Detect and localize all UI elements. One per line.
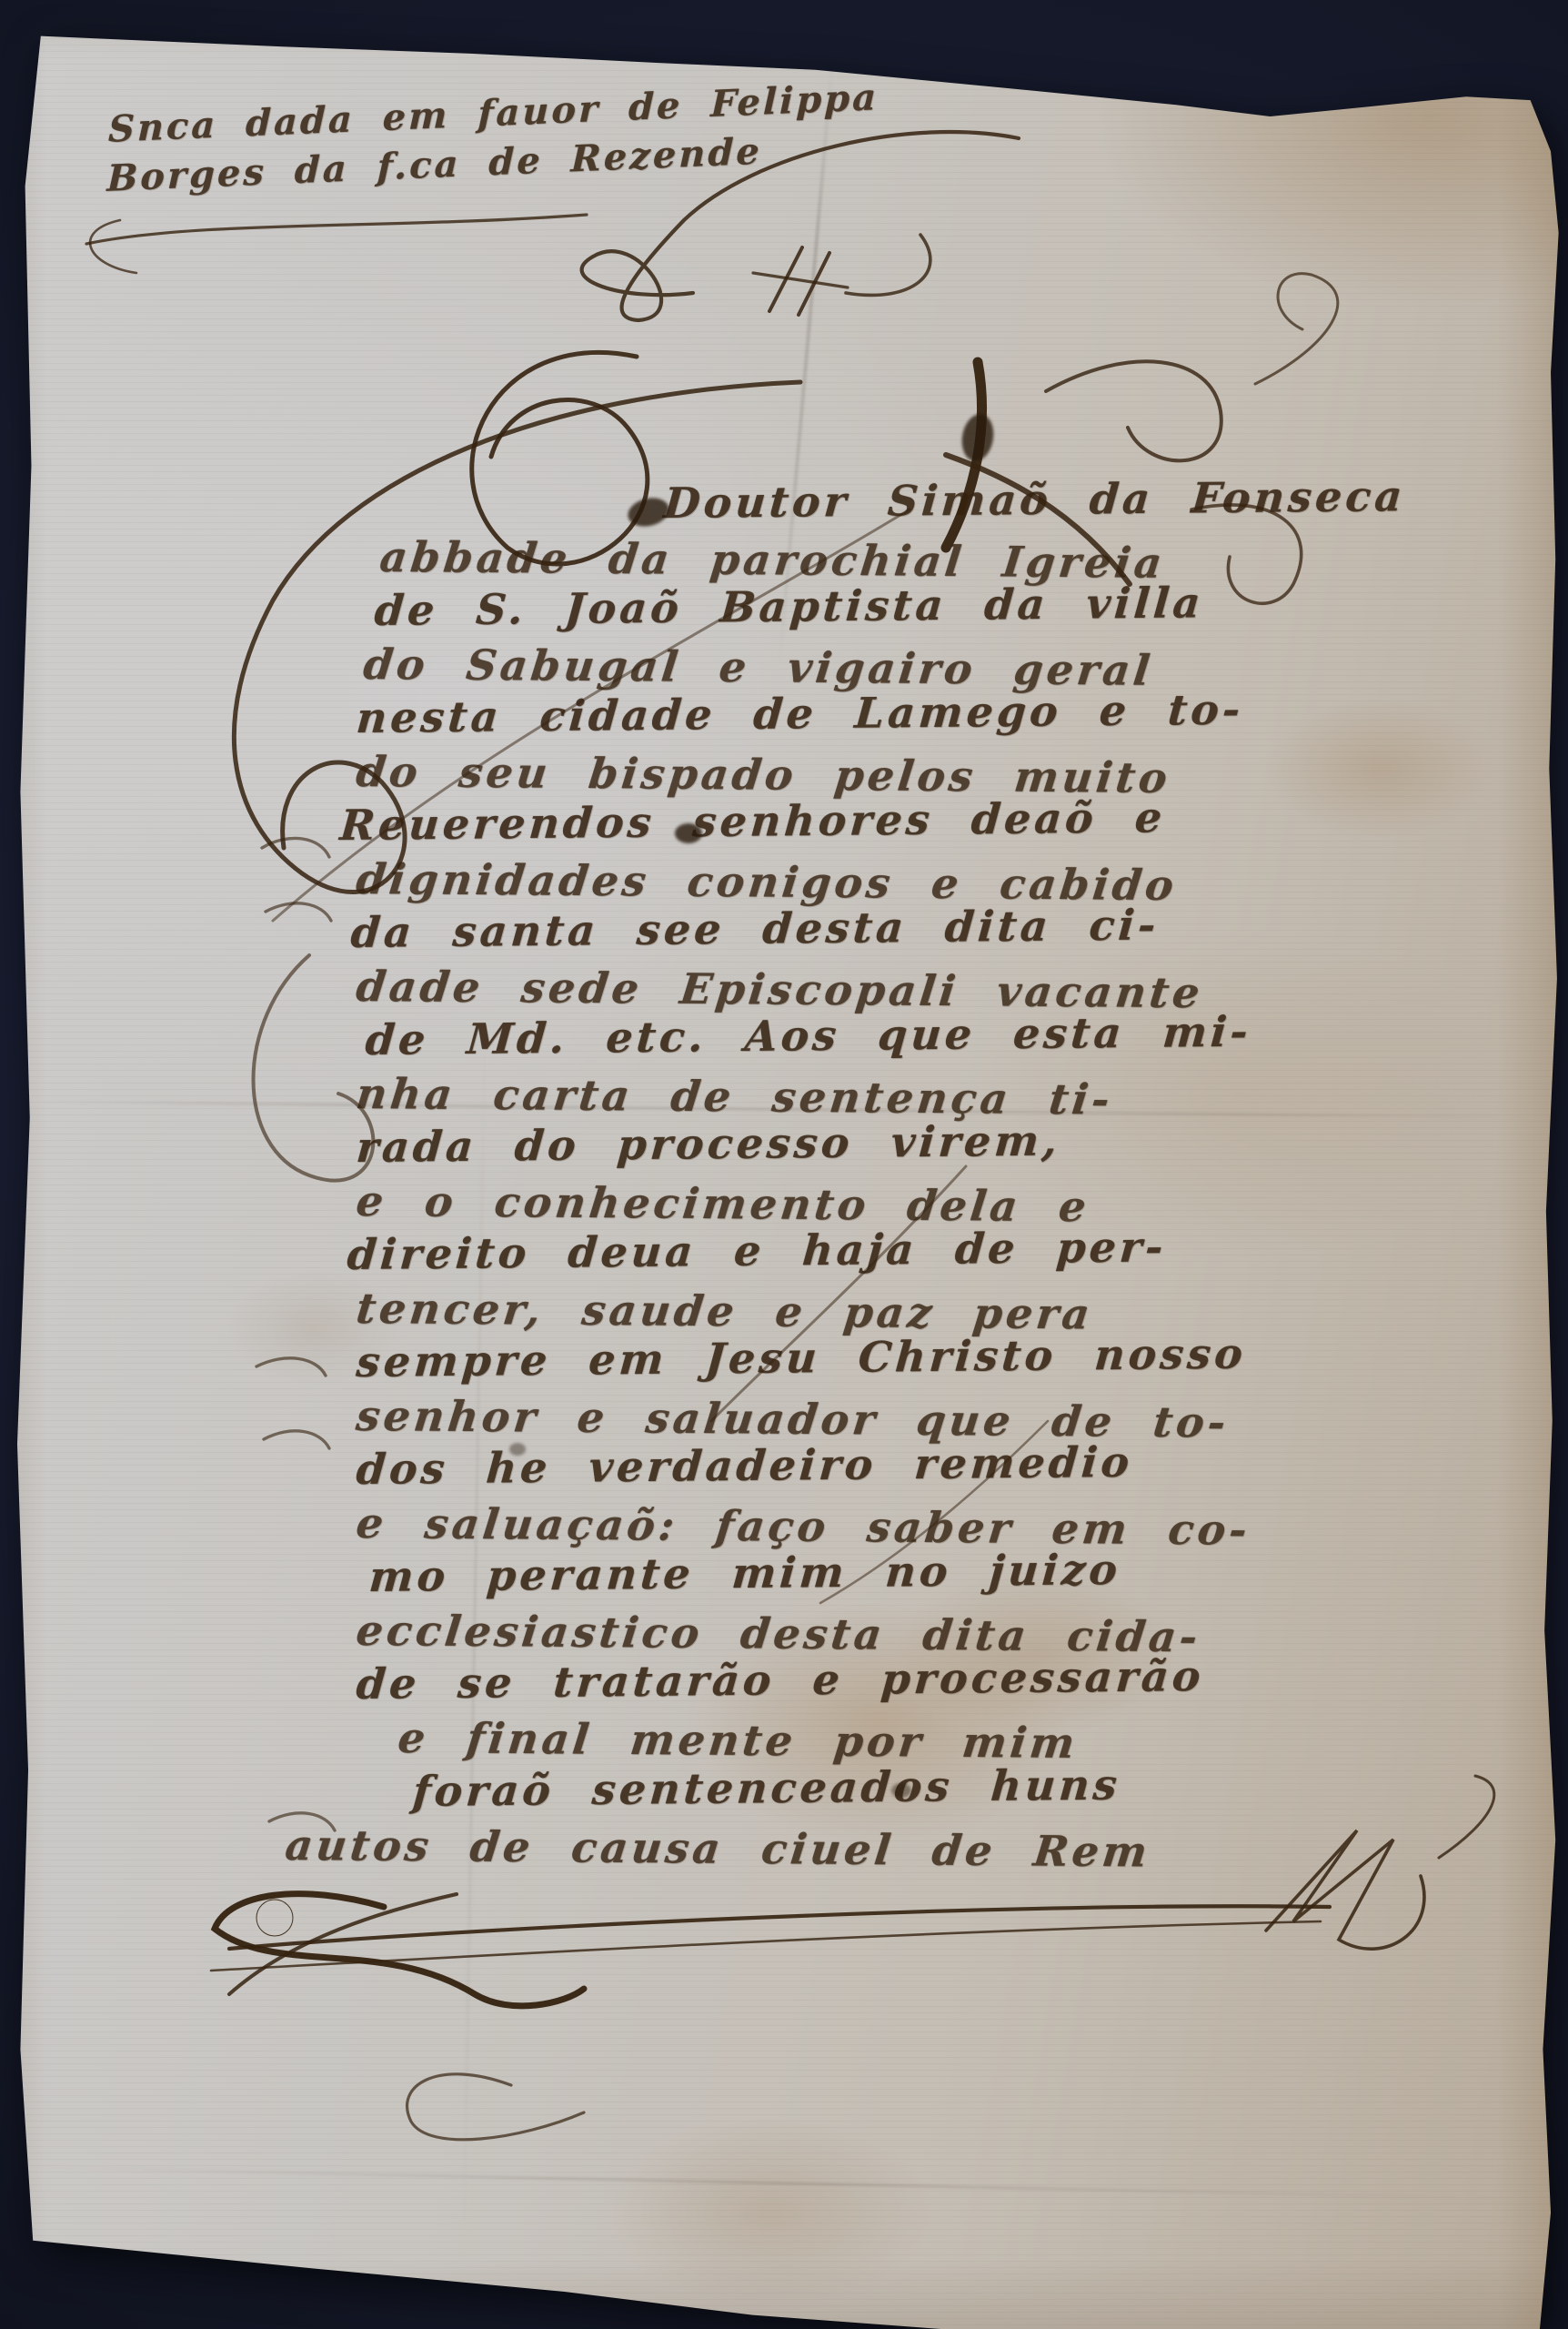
annotation-line: Borges da f.ca de Rezende: [106, 122, 878, 204]
manuscript-line: sempre em Jesu Christo nosso: [355, 1326, 1323, 1389]
manuscript-line: Doutor Simaõ da Fonseca: [662, 470, 1323, 530]
ink-blot: [625, 494, 672, 530]
manuscript-line: do Sabugal e vigairo geral: [361, 638, 1324, 699]
top-squiggle-flourish: [582, 132, 1019, 320]
manuscript-line: autos de causa ciuel de Rem: [283, 1819, 1324, 1880]
fold-crease-vertical: [778, 65, 834, 663]
marginal-annotation: Snca dada em fauor de Felippa Borges da …: [106, 73, 879, 204]
margin-tick-flourishes: [256, 838, 335, 1830]
photo-backdrop: Snca dada em fauor de Felippa Borges da …: [0, 0, 1568, 2329]
annotation-underline-flourish: [86, 215, 587, 273]
annotation-line: Snca dada em fauor de Felippa: [107, 73, 879, 155]
manuscript-line: mo perante mim no juizo: [367, 1541, 1323, 1604]
manuscript-line: rada do processo virem,: [355, 1112, 1323, 1175]
ink-blot: [959, 411, 998, 463]
manuscript-line: senhor e saluador que de to-: [354, 1389, 1324, 1450]
manuscript-line: nha carta de sentença ti-: [354, 1067, 1324, 1128]
manuscript-sheet: Snca dada em fauor de Felippa Borges da …: [0, 0, 1568, 2329]
manuscript-line: de se tratarão e processarão: [355, 1648, 1323, 1711]
manuscript-line: da santa see desta dita ci-: [349, 897, 1323, 960]
manuscript-line: abbade da parochial Igreia: [377, 530, 1324, 591]
manuscript-body-text: Doutor Simaõ da Fonseca abbade da paroch…: [357, 477, 1321, 1872]
fold-crease-vertical-lower: [463, 1046, 487, 2229]
manuscript-line: de Md. etc. Aos que esta mi-: [364, 1004, 1323, 1067]
manuscript-line: Reuerendos senhores deaõ e: [338, 790, 1323, 852]
manuscript-line: e o conhecimento dela e: [354, 1175, 1324, 1235]
manuscript-line: dignidades conigos e cabido: [354, 852, 1324, 913]
manuscript-line: do seu bispado pelos muito: [354, 745, 1324, 806]
paper-surface: Snca dada em fauor de Felippa Borges da …: [0, 0, 1568, 2329]
manuscript-line: de S. Joaõ Baptista da villa: [373, 575, 1323, 638]
ink-blot: [509, 1443, 526, 1456]
initial-flourish: [234, 274, 1337, 1181]
bottom-rubric-flourish: [211, 1776, 1494, 2140]
manuscript-line: foraõ sentenceados huns: [411, 1756, 1323, 1819]
diagonal-stroke-flourishes: [711, 1166, 1048, 1603]
ink-blot: [891, 1783, 911, 1798]
fold-crease-horizontal-lower: [45, 2166, 1501, 2200]
manuscript-line: dos he verdadeiro remedio: [355, 1434, 1323, 1497]
manuscript-line: direito deua e haja de per-: [346, 1219, 1323, 1282]
manuscript-line: dade sede Episcopali vacante: [354, 960, 1324, 1021]
ink-flourishes: [0, 0, 1568, 2329]
manuscript-line: e final mente por mim: [396, 1711, 1324, 1772]
manuscript-line: tencer, saude e paz pera: [354, 1282, 1324, 1343]
manuscript-line: nesta cidade de Lamego e to-: [355, 682, 1323, 745]
ink-blot: [675, 823, 702, 843]
fold-crease-horizontal: [41, 1100, 1523, 1118]
manuscript-line: e saluaçaõ: faço saber em co-: [354, 1497, 1324, 1558]
manuscript-line: ecclesiastico desta dita cida-: [354, 1604, 1324, 1665]
